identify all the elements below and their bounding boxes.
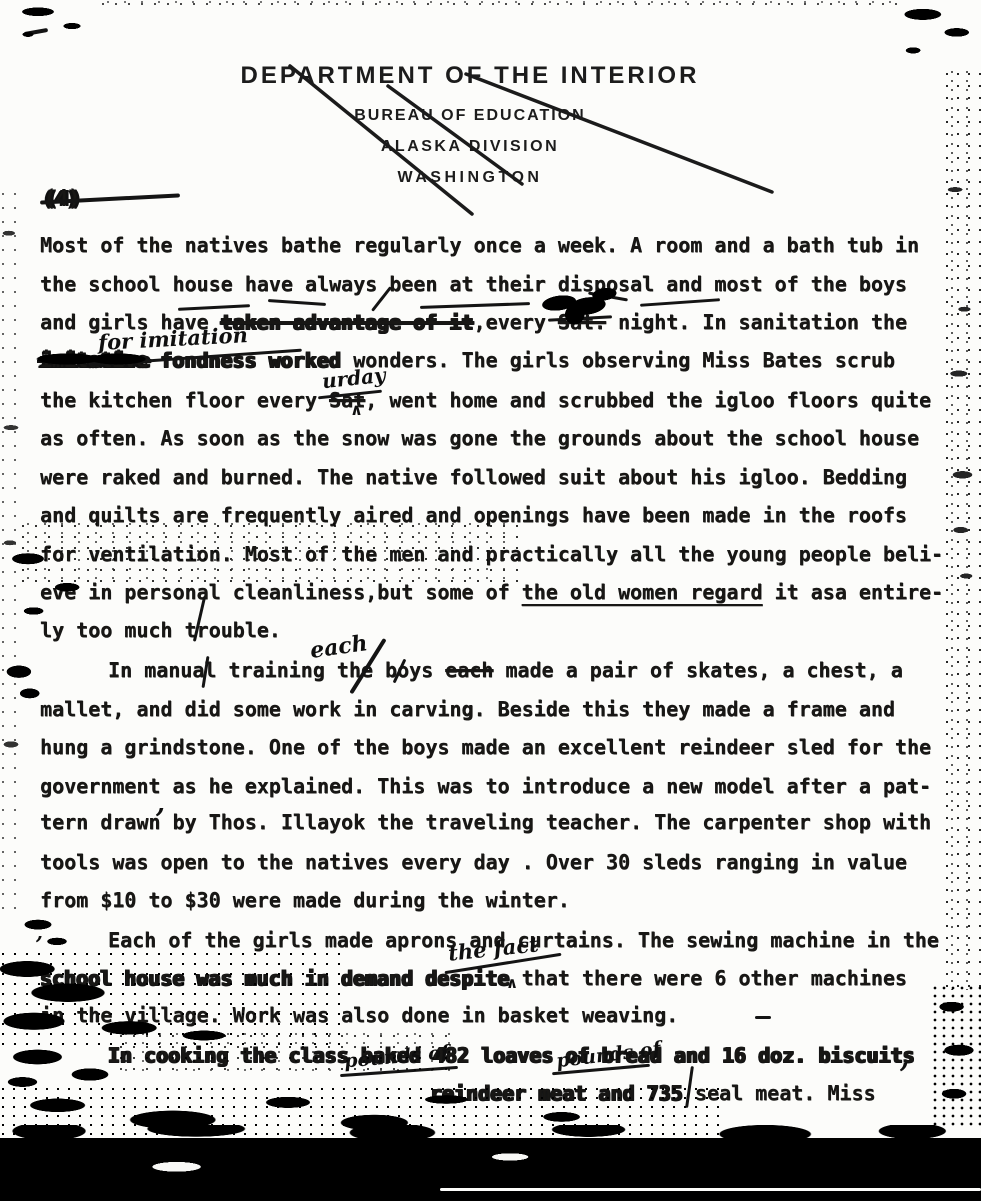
p4-line2-b: seal meat. Miss	[683, 1081, 876, 1105]
scrawl-dash-3	[420, 302, 530, 308]
p2-line5: tern drawn by Thos. Illayok the travelin…	[40, 810, 931, 834]
p2-line1: In manual training the boys each made a …	[108, 658, 903, 682]
p4-line2-a: reindeer meat and 735	[430, 1081, 683, 1105]
ink-blackout-over-word	[34, 347, 146, 371]
scanned-document-page: DEPARTMENT OF THE INTERIOR BUREAU OF EDU…	[0, 0, 981, 1201]
handwritten-comma-biscuits: ,	[900, 1044, 909, 1074]
p2-line1-a: In manual training	[108, 658, 337, 682]
scrawl-dash-5	[640, 298, 720, 306]
noise-paragraph3-left-blotches	[0, 950, 340, 1045]
underscore-dash-after-weaving	[755, 1016, 771, 1019]
p1-line10-underlined: the old women regard	[522, 580, 763, 604]
handwritten-comma-government: ,	[156, 789, 165, 819]
p3-line2-b: that there were 6 other machines	[522, 966, 907, 990]
letterhead-bureau: BUREAU OF EDUCATION	[0, 107, 940, 125]
p2-line4-government: government	[40, 774, 160, 798]
p1-line7: were raked and burned. The native follow…	[40, 465, 907, 489]
p1-line10-c: it asa entire-	[762, 580, 943, 604]
p2-line1-space	[433, 658, 445, 682]
p1-line10: eve in personal cleanliness,but some of …	[40, 580, 943, 604]
p2-line4-b: as he explained. This was to introduce a…	[172, 774, 931, 798]
stray-comma-mark: ,	[36, 920, 43, 944]
p2-line4: governmentas he explained. This was to i…	[40, 774, 931, 798]
p1-line5-c: , went home and scrubbed the igloo floor…	[365, 388, 931, 412]
letterhead-strikethrough-pen-marks	[0, 0, 981, 260]
p2-line1-each-struck: each	[445, 658, 493, 682]
p2-line3: hung a grindstone. One of the boys made …	[40, 735, 931, 759]
p1-line10-a: eve in personal cleanliness,but some of	[40, 580, 522, 604]
p1-line3-e: night. In sanitation the	[606, 310, 907, 334]
caret-insertion-mark-sat: ∧	[350, 400, 363, 419]
p2-line1-e: made a pair of skates, a chest, a	[493, 658, 902, 682]
noise-left-edge	[0, 190, 22, 910]
p3-line3: in the village. Work was also done in ba…	[40, 1003, 678, 1027]
p3-line2-a: school house was much in demand despite	[40, 966, 510, 990]
caret-insertion-mark-despite: ∧	[506, 974, 518, 992]
p4-line1: In cooking the class baked 482 loaves of…	[108, 1043, 915, 1067]
top-left-dash-mark	[24, 28, 48, 36]
p1-line9: for ventilation. Most of the men and pra…	[40, 542, 943, 566]
p2-line7: from $10 to $30 were made during the win…	[40, 888, 570, 912]
p1-line2: the school house have always been at the…	[40, 272, 907, 296]
p4-line2-fragment: reindeer meat and 735 seal meat. Miss	[430, 1081, 876, 1105]
p1-line11: ly too much trouble.	[40, 618, 281, 642]
p2-line6: tools was open to the natives every day …	[40, 850, 907, 874]
p2-line1-the-boys: the boys	[337, 658, 433, 682]
p1-line5-a: the kitchen floor every	[40, 388, 329, 412]
noise-bottom-right-column	[932, 985, 981, 1130]
p1-line6: as often. As soon as the snow was gone t…	[40, 426, 919, 450]
p1-line4-c: wonders. The girls observing Miss Bates …	[341, 348, 895, 372]
p1-line3-smudged: taken advantage of it	[221, 310, 474, 334]
noise-top-edge	[100, 0, 900, 8]
p2-line2: mallet, and did some work in carving. Be…	[40, 697, 895, 721]
letterhead-division: ALASKA DIVISION	[0, 138, 940, 156]
noise-top-left-corner	[0, 0, 100, 42]
letterhead-city: WASHINGTON	[0, 169, 940, 187]
noise-right-edge	[944, 70, 981, 990]
p1-line8: and quilts are frequently aired and open…	[40, 503, 907, 527]
noise-paragraph3-left-top	[0, 912, 95, 954]
letterhead-department: DEPARTMENT OF THE INTERIOR	[0, 62, 940, 90]
p1-line1: Most of the natives bathe regularly once…	[40, 233, 919, 257]
scrawl-dash-2	[268, 299, 326, 306]
scan-white-line-artifact	[440, 1188, 981, 1191]
p1-line5: the kitchen floor every Sat, went home a…	[40, 388, 931, 412]
